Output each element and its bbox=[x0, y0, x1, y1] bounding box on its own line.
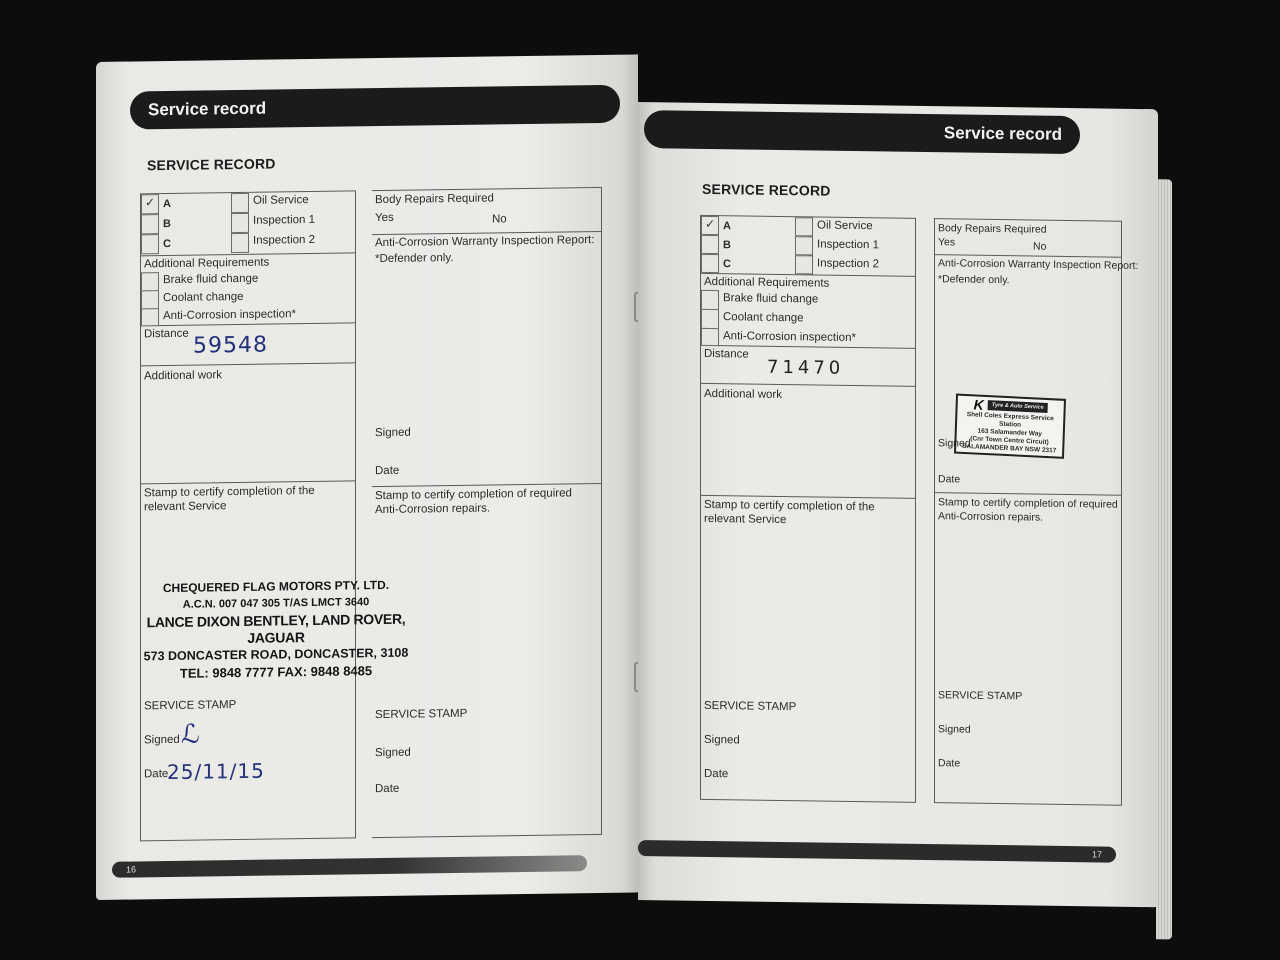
dealer-brands: LANCE DIXON BENTLEY, LAND ROVER, JAGUAR bbox=[141, 611, 411, 649]
right-page: Service record SERVICE RECORD ✓ A Oil Se… bbox=[638, 102, 1158, 907]
ac-report-heading: Anti-Corrosion Warranty Inspection Repor… bbox=[375, 234, 594, 249]
body-repairs-yes[interactable]: Yes bbox=[938, 236, 955, 248]
service-column: ✓ A Oil Service B Inspection 1 C bbox=[700, 215, 916, 803]
checkbox-level-b[interactable] bbox=[701, 235, 719, 254]
requirement-label: Brake fluid change bbox=[723, 292, 818, 305]
left-page: Service record SERVICE RECORD ✓ A Oil Se… bbox=[96, 54, 638, 900]
body-repairs-heading: Body Repairs Required bbox=[938, 222, 1047, 236]
body-repairs-column: Body Repairs Required Yes No Anti-Corros… bbox=[934, 218, 1122, 806]
checkbox-inspection-2[interactable] bbox=[231, 233, 249, 253]
page-footer: 16 bbox=[112, 855, 587, 878]
page-banner: Service record bbox=[130, 85, 620, 130]
checkbox-anti-corrosion[interactable] bbox=[141, 308, 159, 326]
ac-signed-label: Signed bbox=[375, 427, 411, 440]
signed-label: Signed bbox=[144, 734, 180, 747]
level-letter: A bbox=[163, 198, 171, 210]
checkbox-level-a[interactable]: ✓ bbox=[701, 216, 719, 235]
requirement-label: Coolant change bbox=[723, 311, 804, 324]
service-stamp-label: SERVICE STAMP bbox=[704, 700, 796, 713]
ac-date-label: Date bbox=[375, 465, 399, 477]
stamp-instructions: Stamp to certify completion of the relev… bbox=[144, 484, 344, 515]
body-repairs-section: Body Repairs Required Yes No bbox=[935, 219, 1121, 258]
ac-report-heading: Anti-Corrosion Warranty Inspection Repor… bbox=[938, 257, 1138, 272]
ac-stamp-section: Stamp to certify completion of required … bbox=[935, 493, 1121, 805]
distance-value: 71470 bbox=[767, 357, 844, 379]
service-type-label: Inspection 2 bbox=[253, 234, 315, 247]
ac-date-label: Date bbox=[375, 783, 399, 795]
checkbox-level-a[interactable]: ✓ bbox=[141, 194, 159, 214]
level-letter: A bbox=[723, 220, 731, 232]
body-repairs-no[interactable]: No bbox=[492, 213, 507, 225]
requirement-label: Brake fluid change bbox=[163, 273, 258, 286]
service-type-label: Inspection 1 bbox=[817, 238, 879, 251]
checkbox-level-b[interactable] bbox=[141, 214, 159, 234]
service-stamp-section: Stamp to certify completion of the relev… bbox=[141, 481, 355, 840]
date-label: Date bbox=[144, 768, 168, 780]
dealer-phone: TEL: 9848 7777 FAX: 9848 8485 bbox=[141, 662, 411, 683]
signature-icon: ℒ bbox=[181, 720, 200, 750]
service-type-label: Inspection 1 bbox=[253, 214, 315, 227]
banner-title: Service record bbox=[148, 99, 266, 121]
service-type-label: Inspection 2 bbox=[817, 257, 879, 270]
body-repairs-column: Body Repairs Required Yes No Anti-Corros… bbox=[372, 187, 602, 838]
page-number: 17 bbox=[1092, 849, 1102, 859]
banner-title: Service record bbox=[944, 123, 1062, 145]
signed-label: Signed bbox=[704, 734, 740, 747]
distance-field[interactable]: Distance 59548 bbox=[141, 323, 355, 366]
checkbox-inspection-2[interactable] bbox=[795, 255, 813, 274]
service-row-c: C Inspection 2 bbox=[141, 231, 355, 254]
section-heading: Additional Requirements bbox=[704, 276, 829, 290]
page-footer: 17 bbox=[638, 840, 1116, 863]
ac-date-label: Date bbox=[938, 757, 960, 769]
ac-signed-label: Signed bbox=[938, 437, 971, 449]
service-stamp-section: Stamp to certify completion of the relev… bbox=[701, 496, 915, 802]
checkbox-level-c[interactable] bbox=[701, 254, 719, 273]
body-repairs-no[interactable]: No bbox=[1033, 241, 1046, 253]
additional-work-label: Additional work bbox=[704, 388, 782, 401]
distance-label: Distance bbox=[704, 348, 749, 361]
ac-stamp-section: Stamp to certify completion of required … bbox=[372, 484, 601, 837]
body-repairs-section: Body Repairs Required Yes No bbox=[372, 188, 601, 235]
additional-work-field[interactable]: Additional work bbox=[701, 384, 915, 499]
ac-report-note: *Defender only. bbox=[938, 273, 1010, 286]
stamp-instructions: Stamp to certify completion of the relev… bbox=[704, 498, 904, 529]
service-type-grid: ✓ A Oil Service B Inspection 1 C bbox=[141, 191, 355, 256]
requirement-label: Anti-Corrosion inspection* bbox=[163, 308, 296, 322]
service-type-label: Oil Service bbox=[253, 194, 309, 207]
additional-requirements: Additional Requirements Brake fluid chan… bbox=[141, 253, 355, 326]
checkbox-brake-fluid[interactable] bbox=[701, 290, 719, 310]
section-heading: Additional Requirements bbox=[144, 257, 269, 271]
body-repairs-heading: Body Repairs Required bbox=[375, 192, 494, 206]
date-value: 25/11/15 bbox=[167, 759, 265, 784]
page-edges bbox=[1156, 179, 1172, 939]
body-repairs-yes[interactable]: Yes bbox=[375, 212, 394, 224]
ac-stamp-instructions: Stamp to certify completion of required … bbox=[938, 495, 1118, 526]
service-record-form: ✓ A Oil Service B Inspection 1 C bbox=[700, 215, 1140, 221]
level-letter: B bbox=[723, 239, 731, 251]
service-record-form: ✓ A Oil Service B Inspection 1 C bbox=[140, 187, 602, 193]
dealer-stamp: CHEQUERED FLAG MOTORS PTY. LTD. A.C.N. 0… bbox=[141, 577, 411, 683]
level-letter: B bbox=[163, 218, 171, 230]
anti-corrosion-report: Anti-Corrosion Warranty Inspection Repor… bbox=[372, 232, 601, 487]
requirement-label: Anti-Corrosion inspection* bbox=[723, 330, 856, 344]
additional-work-label: Additional work bbox=[144, 369, 222, 382]
requirement-label: Coolant change bbox=[163, 291, 244, 304]
level-letter: C bbox=[723, 258, 731, 270]
additional-work-field[interactable]: Additional work bbox=[141, 363, 355, 484]
ac-service-stamp-label: SERVICE STAMP bbox=[938, 689, 1022, 702]
ac-signed-label: Signed bbox=[375, 747, 411, 760]
date-label: Date bbox=[704, 768, 728, 780]
level-letter: C bbox=[163, 238, 171, 250]
ac-date-label: Date bbox=[938, 473, 960, 485]
anti-corrosion-report: Anti-Corrosion Warranty Inspection Repor… bbox=[935, 255, 1121, 496]
k-tagline: Tyre & Auto Service bbox=[988, 400, 1048, 413]
checkbox-anti-corrosion[interactable] bbox=[701, 328, 719, 346]
ac-stamp-instructions: Stamp to certify completion of required … bbox=[375, 486, 585, 517]
distance-field[interactable]: Distance 71470 bbox=[701, 346, 915, 387]
checkbox-inspection-1[interactable] bbox=[795, 236, 813, 255]
checkbox-level-c[interactable] bbox=[141, 234, 159, 254]
ac-signed-label: Signed bbox=[938, 723, 971, 735]
checkbox-coolant[interactable] bbox=[701, 309, 719, 329]
page-number: 16 bbox=[126, 864, 136, 874]
service-stamp-label: SERVICE STAMP bbox=[144, 699, 236, 712]
page-banner: Service record bbox=[644, 110, 1080, 154]
ac-report-note: *Defender only. bbox=[375, 252, 453, 265]
checkbox-oil-service[interactable] bbox=[795, 217, 813, 236]
service-type-grid: ✓ A Oil Service B Inspection 1 C bbox=[701, 216, 915, 277]
additional-requirements: Additional Requirements Brake fluid chan… bbox=[701, 274, 915, 349]
service-booklet: Service record SERVICE RECORD ✓ A Oil Se… bbox=[96, 62, 1176, 900]
checkbox-inspection-1[interactable] bbox=[231, 213, 249, 233]
service-type-label: Oil Service bbox=[817, 219, 873, 232]
distance-label: Distance bbox=[144, 328, 189, 341]
service-column: ✓ A Oil Service B Inspection 1 C bbox=[140, 190, 356, 841]
checkbox-oil-service[interactable] bbox=[231, 193, 249, 213]
distance-value: 59548 bbox=[193, 333, 268, 359]
record-title: SERVICE RECORD bbox=[147, 155, 276, 173]
ac-service-stamp-label: SERVICE STAMP bbox=[375, 708, 467, 721]
record-title: SERVICE RECORD bbox=[702, 181, 831, 199]
k-logo-icon: K bbox=[974, 400, 984, 408]
